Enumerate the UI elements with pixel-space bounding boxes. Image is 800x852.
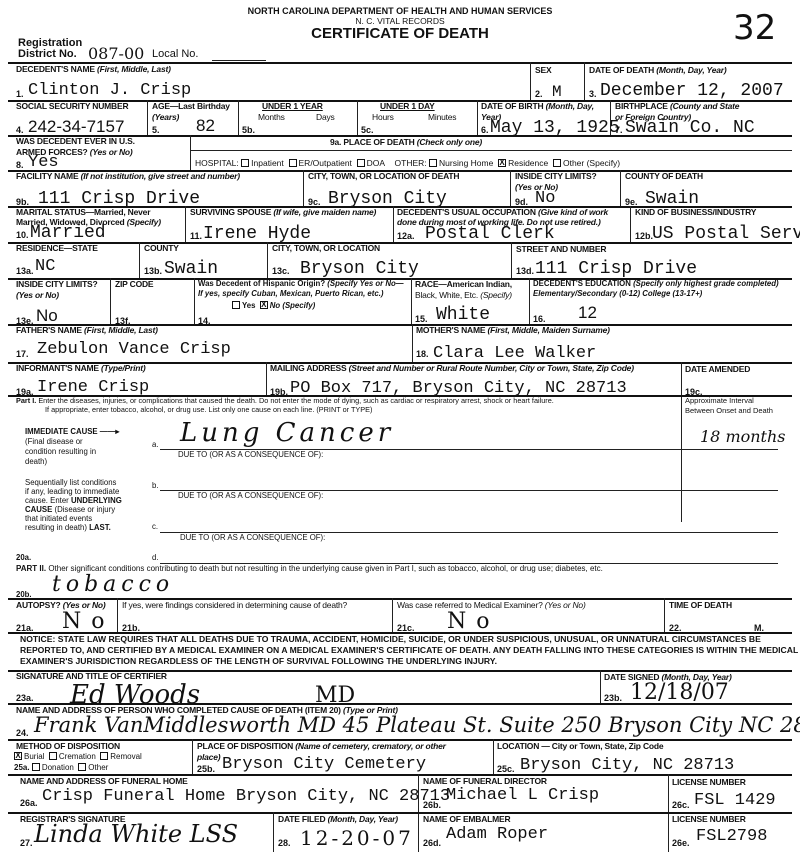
- residence-state-value[interactable]: NC: [35, 258, 55, 276]
- district-number[interactable]: 087-00: [88, 44, 144, 63]
- time-of-death-label: TIME OF DEATH: [669, 600, 732, 610]
- sex-value[interactable]: M: [552, 83, 562, 101]
- surviving-spouse-value[interactable]: Irene Hyde: [203, 225, 311, 243]
- field-number: 17.: [16, 349, 29, 359]
- disposition-method-label: METHOD OF DISPOSITION: [16, 741, 120, 751]
- residence-street-label: STREET AND NUMBER: [516, 244, 606, 254]
- divider: [412, 324, 413, 362]
- embalmer-value[interactable]: Adam Roper: [446, 826, 548, 844]
- registrar-signature[interactable]: Linda White LSS: [34, 820, 238, 848]
- field-number: 23a.: [16, 693, 34, 703]
- field-number: 26d.: [423, 838, 441, 848]
- due-to-label: DUE TO (OR AS A CONSEQUENCE OF):: [178, 450, 323, 460]
- education-label: DECEDENT'S EDUCATION (Specify only highe…: [533, 279, 783, 299]
- local-number-line[interactable]: [212, 60, 266, 61]
- field-number: 25a.: [14, 763, 30, 772]
- inside-city-limits-res-hint: (Yes or No): [16, 290, 59, 300]
- director-license-value[interactable]: FSL 1429: [694, 792, 776, 810]
- option-cremation[interactable]: Cremation: [49, 752, 96, 761]
- checkbox-removal[interactable]: [100, 752, 108, 760]
- option-donation[interactable]: Donation: [32, 763, 74, 772]
- immediate-cause-value[interactable]: Lung Cancer: [180, 418, 394, 448]
- armed-forces-label: WAS DECEDENT EVER IN U.S.: [16, 136, 135, 146]
- divider: [610, 100, 611, 135]
- field-number: 15.: [415, 314, 428, 324]
- divider: [273, 812, 274, 852]
- father-name-label: FATHER'S NAME (First, Middle, Last): [16, 325, 158, 335]
- place-of-disposition-value[interactable]: Bryson City Cemetery: [222, 756, 426, 774]
- field-number: 3.: [589, 89, 597, 99]
- race-label: RACE—American Indian,: [415, 279, 512, 289]
- age-hint: (Years): [152, 112, 179, 122]
- divider: [681, 362, 682, 522]
- residence-county-value[interactable]: Swain: [164, 260, 218, 278]
- document-title: CERTIFICATE OF DEATH: [0, 25, 800, 42]
- field-number: 7.: [615, 125, 623, 135]
- days-label: Days: [316, 112, 335, 122]
- mother-name-value[interactable]: Clara Lee Walker: [433, 345, 596, 363]
- date-signed-value[interactable]: 12/18/07: [630, 680, 729, 705]
- other-label: OTHER:: [395, 158, 427, 168]
- checkbox-other[interactable]: [553, 159, 561, 167]
- immediate-cause-label: IMMEDIATE CAUSE ——▸: [25, 427, 119, 437]
- field-number: 1.: [16, 89, 24, 99]
- business-value[interactable]: US Postal Servic: [652, 225, 800, 243]
- hispanic-yes[interactable]: Yes: [232, 301, 255, 310]
- residence-state-label: RESIDENCE—STATE: [16, 243, 98, 253]
- age-label: AGE—Last Birthday: [152, 101, 230, 111]
- date-filed-value[interactable]: 12-20-07: [300, 826, 414, 850]
- education-value[interactable]: 12: [578, 303, 597, 323]
- legal-notice: NOTICE: STATE LAW REQUIRES THAT ALL DEAT…: [20, 634, 800, 667]
- line-b-letter: b.: [152, 481, 159, 491]
- page-number: 32: [733, 8, 776, 48]
- under-1-day-label: UNDER 1 DAY: [380, 101, 435, 111]
- under-1-year-label: UNDER 1 YEAR: [262, 101, 323, 111]
- license-number-label: LICENSE NUMBER: [672, 814, 746, 824]
- divider: [117, 598, 118, 632]
- inside-city-limits-res-label: INSIDE CITY LIMITS?: [16, 279, 98, 289]
- inside-city-limits-label: INSIDE CITY LIMITS?: [515, 171, 597, 181]
- business-label: KIND OF BUSINESS/INDUSTRY: [635, 207, 756, 217]
- sex-label: SEX: [535, 65, 551, 75]
- field-number: 12a.: [397, 231, 415, 241]
- birthplace-label: BIRTHPLACE (County and State: [615, 101, 739, 111]
- checkbox-inpatient[interactable]: [241, 159, 249, 167]
- checkbox-cremation[interactable]: [49, 752, 57, 760]
- divider: [393, 206, 394, 242]
- field-number: 18.: [416, 349, 429, 359]
- option-burial[interactable]: XBurial: [14, 752, 44, 761]
- embalmer-license-value[interactable]: FSL2798: [696, 828, 767, 846]
- field-number: 13d.: [516, 266, 534, 276]
- option-nursing-home[interactable]: Nursing Home: [429, 158, 493, 168]
- date-filed-label: DATE FILED (Month, Day, Year): [278, 814, 398, 824]
- minutes-label: Minutes: [428, 112, 456, 122]
- occupation-label: DECEDENT'S USUAL OCCUPATION (Give kind o…: [397, 207, 608, 217]
- sequential-hint: resulting in death) LAST.: [25, 523, 111, 533]
- checkbox-burial-checked[interactable]: X: [14, 752, 22, 760]
- surviving-spouse-label: SURVIVING SPOUSE (If wife, give maiden n…: [190, 207, 376, 217]
- ssn-label: SOCIAL SECURITY NUMBER: [16, 101, 128, 111]
- option-residence[interactable]: XResidence: [498, 158, 548, 168]
- disposition-options-row-2: 25a. Donation Other: [14, 763, 108, 773]
- option-other[interactable]: Other: [78, 763, 108, 772]
- dob-label: DATE OF BIRTH (Month, Day,: [481, 101, 594, 111]
- marital-status-label: MARITAL STATUS—Married, Never: [16, 207, 150, 217]
- residence-street-value[interactable]: 111 Crisp Drive: [535, 260, 697, 278]
- divider: [357, 100, 358, 135]
- divider: [530, 62, 531, 100]
- divider: [185, 206, 186, 242]
- divider: [664, 598, 665, 632]
- line-c-letter: c.: [152, 522, 158, 532]
- divider: [620, 170, 621, 206]
- marital-status-value[interactable]: Married: [30, 224, 106, 242]
- zip-code-label: ZIP CODE: [115, 279, 153, 289]
- field-number: 25b.: [197, 764, 215, 774]
- field-number: 11.: [190, 231, 202, 241]
- divider: [147, 100, 148, 135]
- line-d-letter: d.: [152, 553, 159, 563]
- location-value[interactable]: Bryson City, NC 28713: [520, 757, 734, 775]
- facility-name-label: FACILITY NAME (If not institution, give …: [16, 171, 240, 181]
- field-number: 28.: [278, 838, 291, 848]
- option-other[interactable]: Other (Specify): [553, 158, 620, 168]
- medical-examiner-value[interactable]: No: [447, 609, 500, 634]
- divider: [477, 100, 478, 135]
- field-number: 5b.: [242, 125, 255, 135]
- funeral-home-value[interactable]: Crisp Funeral Home Bryson City, NC 28713: [42, 788, 450, 806]
- checkbox-donation[interactable]: [32, 763, 40, 771]
- interval-label: Approximate Interval Between Onset and D…: [685, 396, 785, 416]
- occupation-value[interactable]: Postal Clerk: [425, 225, 555, 243]
- embalmer-label: NAME OF EMBALMER: [423, 814, 510, 824]
- option-doa[interactable]: DOA: [357, 158, 385, 168]
- date-amended-label: DATE AMENDED: [685, 364, 750, 374]
- local-label: Local No.: [152, 48, 198, 60]
- field-number: 5c.: [361, 125, 374, 135]
- inside-city-limits-res-value[interactable]: No: [36, 306, 58, 326]
- divider: [139, 242, 140, 278]
- field-number: 26e.: [672, 838, 690, 848]
- interval-a-value[interactable]: 18 months: [700, 427, 786, 446]
- informant-name-label: INFORMANT'S NAME (Type/Print): [16, 363, 146, 373]
- divider: [238, 100, 239, 135]
- field-number: 13b.: [144, 266, 162, 276]
- checkbox-er-outpatient[interactable]: [289, 159, 297, 167]
- field-number: 8.: [16, 160, 24, 170]
- race-value[interactable]: White: [436, 306, 490, 324]
- divider: [303, 170, 304, 206]
- divider: [192, 739, 193, 774]
- field-number: 27.: [20, 838, 33, 848]
- race-label-2: Black, White, Etc. (Specify): [415, 290, 512, 300]
- field-number: 13c.: [272, 266, 290, 276]
- field-number: 26b.: [423, 800, 441, 810]
- field-number: 2.: [535, 89, 543, 99]
- checkbox-hispanic-no-checked[interactable]: X: [260, 301, 268, 309]
- father-name-value[interactable]: Zebulon Vance Crisp: [37, 341, 231, 359]
- due-to-label: DUE TO (OR AS A CONSEQUENCE OF):: [178, 491, 323, 501]
- divider: [194, 278, 195, 324]
- field-number: 10.: [16, 230, 29, 240]
- divider: [411, 278, 412, 324]
- hispanic-no[interactable]: XNo (Specify): [260, 301, 316, 310]
- divider: [190, 150, 792, 151]
- part2-value[interactable]: tobacco: [52, 572, 174, 597]
- divider: [8, 242, 792, 244]
- divider: [584, 62, 585, 100]
- location-label: LOCATION — City or Town, State, Zip Code: [497, 741, 663, 751]
- option-inpatient[interactable]: Inpatient: [241, 158, 284, 168]
- checkbox-hispanic-yes[interactable]: [232, 301, 240, 309]
- age-value[interactable]: 82: [196, 116, 215, 136]
- field-number: 4.: [16, 125, 24, 135]
- city-of-death-label: CITY, TOWN, OR LOCATION OF DEATH: [308, 171, 459, 181]
- ssn-value[interactable]: 242-34-7157: [28, 117, 124, 137]
- field-number: 16.: [533, 314, 546, 324]
- line-a-letter: a.: [152, 440, 159, 450]
- field-number: 24.: [16, 728, 29, 738]
- due-to-label: DUE TO (OR AS A CONSEQUENCE OF):: [180, 533, 325, 543]
- immediate-cause-hint: (Final disease or condition resulting in…: [25, 437, 105, 467]
- decedent-name-label: DECEDENT'S NAME (First, Middle, Last): [16, 64, 171, 74]
- field-number: 26c.: [672, 800, 690, 810]
- divider: [511, 242, 512, 278]
- checkbox-other[interactable]: [78, 763, 86, 771]
- divider: [510, 170, 511, 206]
- hospital-label: HOSPITAL:: [195, 158, 239, 168]
- option-er-outpatient[interactable]: ER/Outpatient: [289, 158, 352, 168]
- divider: [392, 598, 393, 632]
- completer-value[interactable]: Frank VanMiddlesworth MD 45 Plateau St. …: [34, 713, 800, 737]
- license-number-label: LICENSE NUMBER: [672, 777, 746, 787]
- hours-label: Hours: [372, 112, 394, 122]
- divider: [529, 278, 530, 324]
- residence-city-value[interactable]: Bryson City: [300, 260, 419, 278]
- mother-name-label: MOTHER'S NAME (First, Middle, Maiden Sur…: [416, 325, 610, 335]
- place-of-death-label: 9a. PLACE OF DEATH (Check only one): [330, 137, 482, 147]
- field-number: 12b.: [635, 231, 653, 241]
- checkbox-doa[interactable]: [357, 159, 365, 167]
- months-label: Months: [258, 112, 285, 122]
- place-of-disposition-label: PLACE OF DISPOSITION (Name of cemetery, …: [197, 741, 446, 751]
- divider: [630, 206, 631, 242]
- field-number: 25c.: [497, 764, 515, 774]
- county-of-death-label: COUNTY OF DEATH: [625, 171, 703, 181]
- residence-county-label: COUNTY: [144, 243, 179, 253]
- department-header: NORTH CAROLINA DEPARTMENT OF HEALTH AND …: [0, 6, 800, 16]
- date-of-death-label: DATE OF DEATH (Month, Day, Year): [589, 65, 727, 75]
- place-of-death-options: HOSPITAL: Inpatient ER/Outpatient DOA OT…: [195, 158, 620, 168]
- field-number: 20a.: [16, 553, 31, 563]
- field-number: 26a.: [20, 798, 38, 808]
- findings-label: If yes, were findings considered in dete…: [122, 600, 347, 610]
- field-number: 23b.: [604, 693, 622, 703]
- option-removal[interactable]: Removal: [100, 752, 142, 761]
- funeral-home-label: NAME AND ADDRESS OF FUNERAL HOME: [20, 776, 188, 786]
- decedent-name-value[interactable]: Clinton J. Crisp: [28, 82, 191, 100]
- divider: [190, 135, 191, 170]
- funeral-director-value[interactable]: Michael L Crisp: [446, 787, 599, 805]
- checkbox-nursing-home[interactable]: [429, 159, 437, 167]
- residence-city-label: CITY, TOWN, OR LOCATION: [272, 243, 380, 253]
- district-label: District No.: [18, 48, 77, 60]
- field-number: 13a.: [16, 266, 34, 276]
- funeral-director-label: NAME OF FUNERAL DIRECTOR: [423, 776, 547, 786]
- part1-instructions-2: If appropriate, enter tobacco, alcohol, …: [45, 405, 372, 415]
- disposition-options-row-1: XBurial Cremation Removal: [14, 752, 142, 762]
- place-of-disposition-hint: place): [197, 752, 220, 762]
- mailing-address-label: MAILING ADDRESS (Street and Number or Ru…: [270, 363, 634, 373]
- checkbox-residence-checked[interactable]: X: [498, 159, 506, 167]
- hispanic-label: Was Decedent of Hispanic Origin? (Specif…: [198, 279, 408, 299]
- hispanic-options: Yes XNo (Specify): [232, 301, 315, 311]
- divider: [267, 242, 268, 278]
- divider: [493, 739, 494, 774]
- field-number: 5.: [152, 125, 160, 135]
- date-of-death-value[interactable]: December 12, 2007: [600, 82, 784, 100]
- divider: [600, 670, 601, 703]
- divider: [266, 362, 267, 395]
- autopsy-value[interactable]: No: [62, 609, 115, 634]
- divider: [110, 278, 111, 324]
- field-number: 6.: [481, 125, 489, 135]
